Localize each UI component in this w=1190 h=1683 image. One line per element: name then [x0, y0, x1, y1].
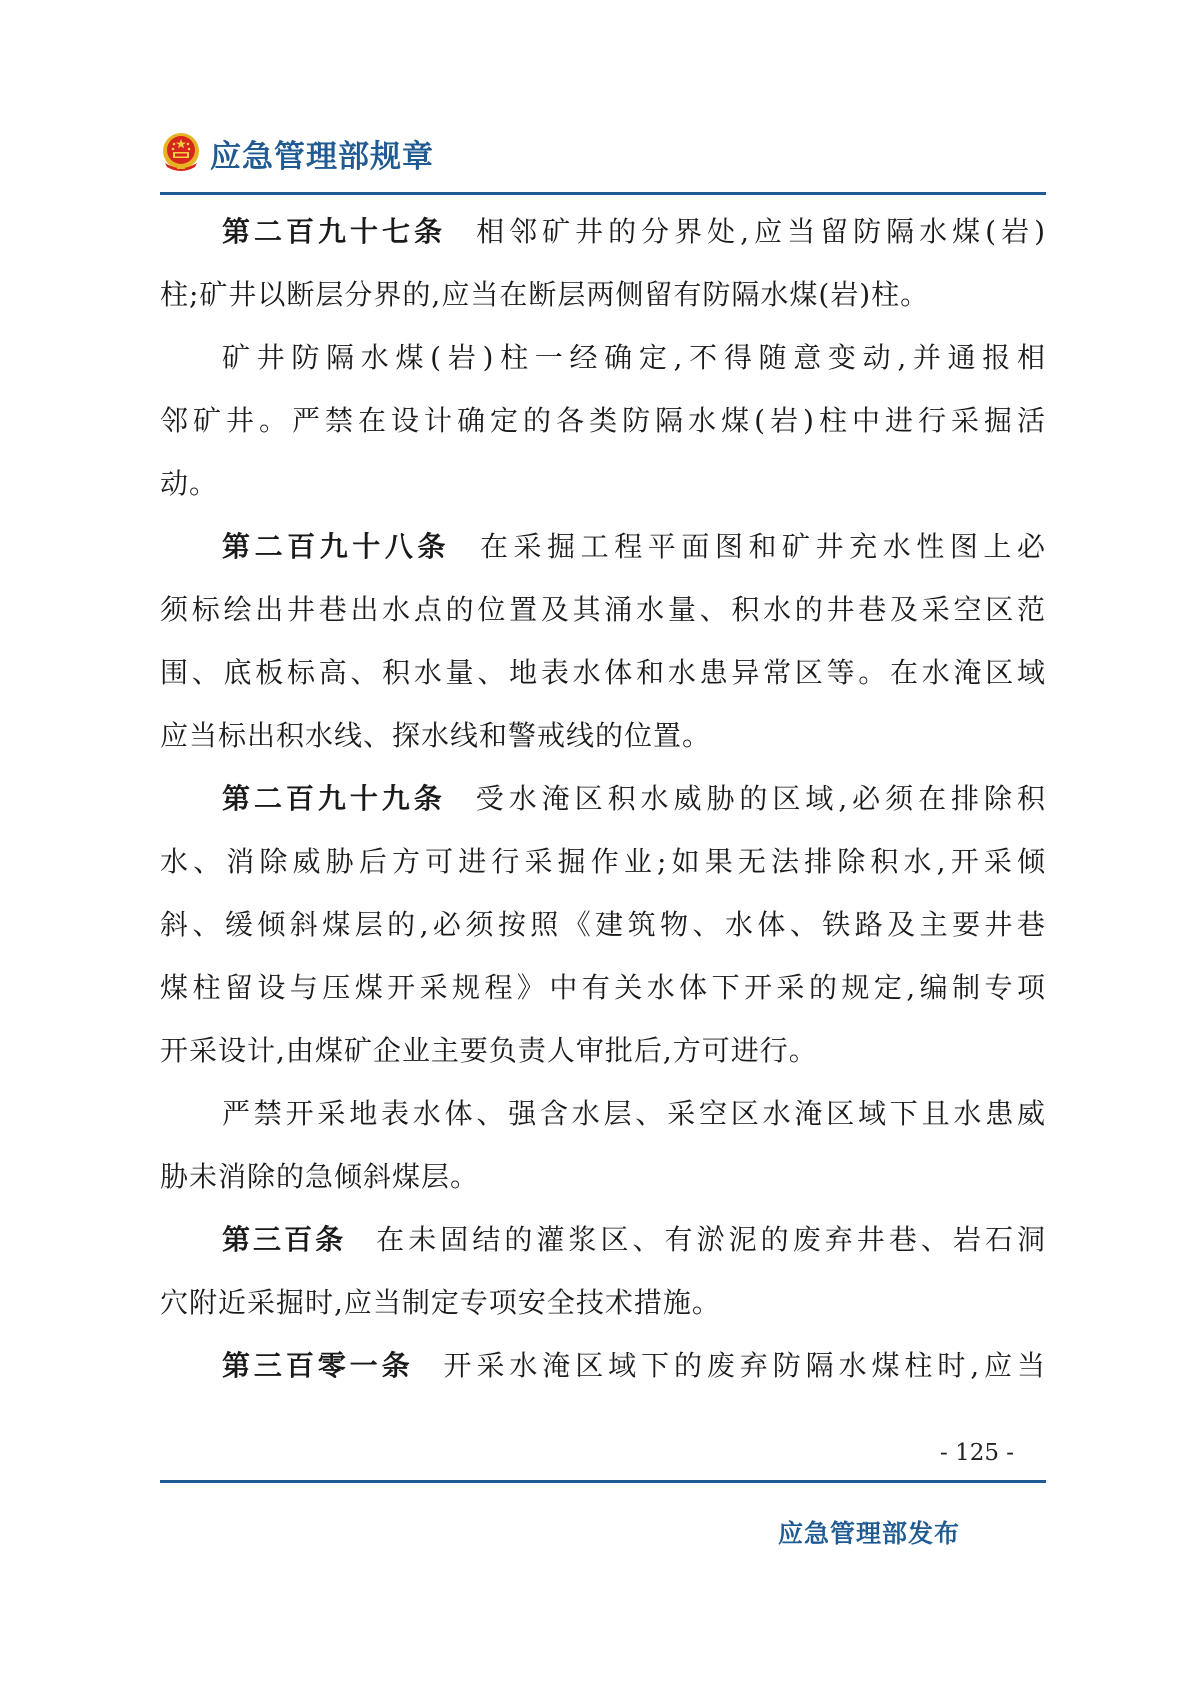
article-line: 柱;矿井以断层分界的,应当在断层两侧留有防隔水煤(岩)柱。	[160, 263, 1046, 326]
article: 第二百九十九条受水淹区积水威胁的区域,必须在排除积 水、消除威胁后方可进行采掘作…	[160, 767, 1046, 1208]
article: 第二百九十八条在采掘工程平面图和矿井充水性图上必 须标绘出井巷出水点的位置及其涌…	[160, 515, 1046, 767]
article-text: 在采掘工程平面图和矿井充水性图上必	[480, 530, 1046, 563]
footer-divider	[160, 1480, 1046, 1483]
national-emblem-icon	[160, 131, 202, 175]
article-line: 围、底板标高、积水量、地表水体和水患异常区等。在水淹区域	[160, 641, 1046, 704]
article-line: 开采设计,由煤矿企业主要负责人审批后,方可进行。	[160, 1019, 1046, 1082]
article-text: 受水淹区积水威胁的区域,必须在排除积	[476, 782, 1046, 815]
article-number: 第二百九十八条	[222, 530, 450, 563]
article-text: 相邻矿井的分界处,应当留防隔水煤(岩)	[476, 215, 1046, 248]
article: 第三百零一条开采水淹区域下的废弃防隔水煤柱时,应当	[160, 1334, 1046, 1397]
article-line: 胁未消除的急倾斜煤层。	[160, 1145, 1046, 1208]
header-divider	[160, 192, 1046, 195]
article-number: 第三百零一条	[222, 1349, 414, 1382]
article-line: 煤柱留设与压煤开采规程》中有关水体下开采的规定,编制专项	[160, 956, 1046, 1019]
article-number: 第二百九十九条	[222, 782, 446, 815]
article-line: 应当标出积水线、探水线和警戒线的位置。	[160, 704, 1046, 767]
article-line: 矿井防隔水煤(岩)柱一经确定,不得随意变动,并通报相	[160, 326, 1046, 389]
article-line: 严禁开采地表水体、强含水层、采空区水淹区域下且水患威	[160, 1082, 1046, 1145]
document-header: 应急管理部规章	[160, 128, 434, 178]
header-title: 应急管理部规章	[210, 131, 434, 176]
article-line: 第三百零一条开采水淹区域下的废弃防隔水煤柱时,应当	[160, 1334, 1046, 1397]
article-line: 斜、缓倾斜煤层的,必须按照《建筑物、水体、铁路及主要井巷	[160, 893, 1046, 956]
article-line: 邻矿井。严禁在设计确定的各类防隔水煤(岩)柱中进行采掘活	[160, 389, 1046, 452]
article-line: 第二百九十七条相邻矿井的分界处,应当留防隔水煤(岩)	[160, 200, 1046, 263]
document-body: 第二百九十七条相邻矿井的分界处,应当留防隔水煤(岩) 柱;矿井以断层分界的,应当…	[160, 200, 1046, 1397]
article-number: 第二百九十七条	[222, 215, 446, 248]
article-line: 第三百条在未固结的灌浆区、有淤泥的废弃井巷、岩石洞	[160, 1208, 1046, 1271]
page-number: - 125 -	[940, 1440, 1014, 1466]
article: 第二百九十七条相邻矿井的分界处,应当留防隔水煤(岩) 柱;矿井以断层分界的,应当…	[160, 200, 1046, 515]
footer-publisher: 应急管理部发布	[778, 1514, 960, 1550]
article-line: 第二百九十八条在采掘工程平面图和矿井充水性图上必	[160, 515, 1046, 578]
article: 第三百条在未固结的灌浆区、有淤泥的废弃井巷、岩石洞 穴附近采掘时,应当制定专项安…	[160, 1208, 1046, 1334]
article-line: 第二百九十九条受水淹区积水威胁的区域,必须在排除积	[160, 767, 1046, 830]
article-text: 开采水淹区域下的废弃防隔水煤柱时,应当	[444, 1349, 1046, 1382]
article-line: 水、消除威胁后方可进行采掘作业;如果无法排除积水,开采倾	[160, 830, 1046, 893]
article-line: 须标绘出井巷出水点的位置及其涌水量、积水的井巷及采空区范	[160, 578, 1046, 641]
article-line: 动。	[160, 452, 1046, 515]
article-line: 穴附近采掘时,应当制定专项安全技术措施。	[160, 1271, 1046, 1334]
article-text: 在未固结的灌浆区、有淤泥的废弃井巷、岩石洞	[376, 1223, 1046, 1256]
article-number: 第三百条	[222, 1223, 346, 1256]
